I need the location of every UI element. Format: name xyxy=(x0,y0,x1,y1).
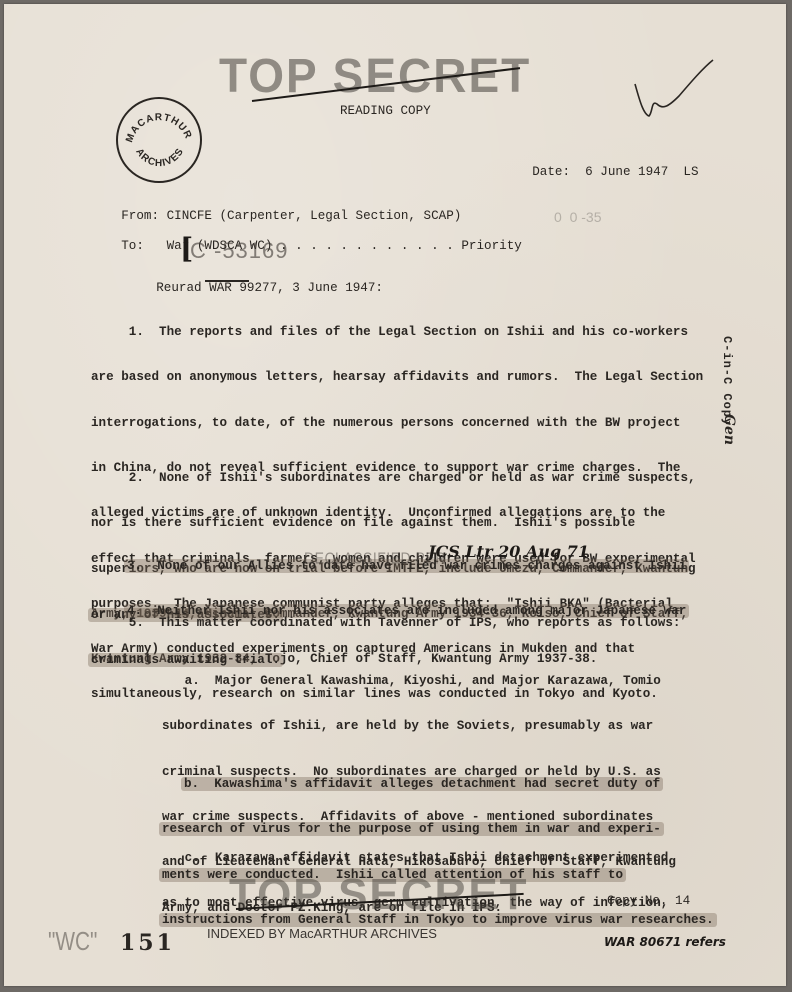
p1-line: 1. The reports and files of the Legal Se… xyxy=(91,325,703,340)
to-label: To: xyxy=(121,239,144,253)
handwritten-war-ref: WAR 80671 refers xyxy=(604,935,726,949)
reurad-underline xyxy=(205,280,249,282)
indexed-stamp: INDEXED BY MacARTHUR ARCHIVES xyxy=(207,926,437,941)
message-number: C -53169 xyxy=(190,238,289,264)
side-signature: Gen xyxy=(721,414,737,445)
wc-label: "WC" xyxy=(48,926,97,957)
reurad-prefix: Reurad WAR xyxy=(156,281,239,295)
macarthur-archives-stamp: MACARTHUR ARCHIVES xyxy=(116,97,202,183)
date-line: Date: 6 June 1947 LS xyxy=(502,150,699,195)
wc-number: 151 xyxy=(120,930,175,956)
svg-text:MACARTHUR: MACARTHUR xyxy=(124,112,194,144)
declassified-stamp: DECLASSIFIED PER xyxy=(304,549,446,567)
p5c-line: c. Karazawa affidavit states that Ishii … xyxy=(162,851,668,866)
declassified-signature: JCS Ltr 20 Aug 71 xyxy=(428,542,589,561)
p1-line: interrogations, to date, of the numerous… xyxy=(91,416,703,431)
date-value: 6 June 1947 xyxy=(585,165,668,179)
side-note-cinc-copy: C-in-C Copy xyxy=(720,336,734,426)
reurad-suffix: , 3 June 1947: xyxy=(277,281,383,295)
date-initials: LS xyxy=(683,165,698,179)
date-label: Date: xyxy=(532,165,570,179)
top-secret-stamp-top: TOP SECRET xyxy=(219,47,531,104)
handwritten-check-icon xyxy=(629,56,719,126)
from-label: From: xyxy=(121,209,159,223)
p5a-line: subordinates of Ishii, are held by the S… xyxy=(162,719,676,734)
from-value: CINCFE (Carpenter, Legal Section, SCAP) xyxy=(167,209,462,223)
stamp-bottom-text: ARCHIVES xyxy=(133,146,186,169)
message-number-bracket: [ xyxy=(180,232,193,265)
document-page: TOP SECRET READING COPY MACARTHUR ARCHIV… xyxy=(4,4,786,986)
faint-pencil-number: 0 0 -35 xyxy=(554,210,601,225)
copy-number: Copy No. 14 xyxy=(607,894,690,909)
p5a-line: a. Major General Kawashima, Kiyoshi, and… xyxy=(162,674,676,689)
p2-line: 2. None of Ishii's subordinates are char… xyxy=(91,471,696,486)
stamp-top-text: MACARTHUR xyxy=(124,112,194,144)
reurad-ref: 99277 xyxy=(239,281,277,295)
svg-text:ARCHIVES: ARCHIVES xyxy=(133,146,186,169)
reading-copy-label: READING COPY xyxy=(340,104,431,119)
p5b-line-highlighted: b. Kawashima's affidavit alleges detachm… xyxy=(181,777,663,791)
paragraph-5: 5. This matter coordinated with Tavenner… xyxy=(91,616,680,631)
to-line: To: War (WDSCA WC) . . . . . . . . . . .… xyxy=(91,224,522,269)
p1-line: are based on anonymous letters, hearsay … xyxy=(91,370,703,385)
